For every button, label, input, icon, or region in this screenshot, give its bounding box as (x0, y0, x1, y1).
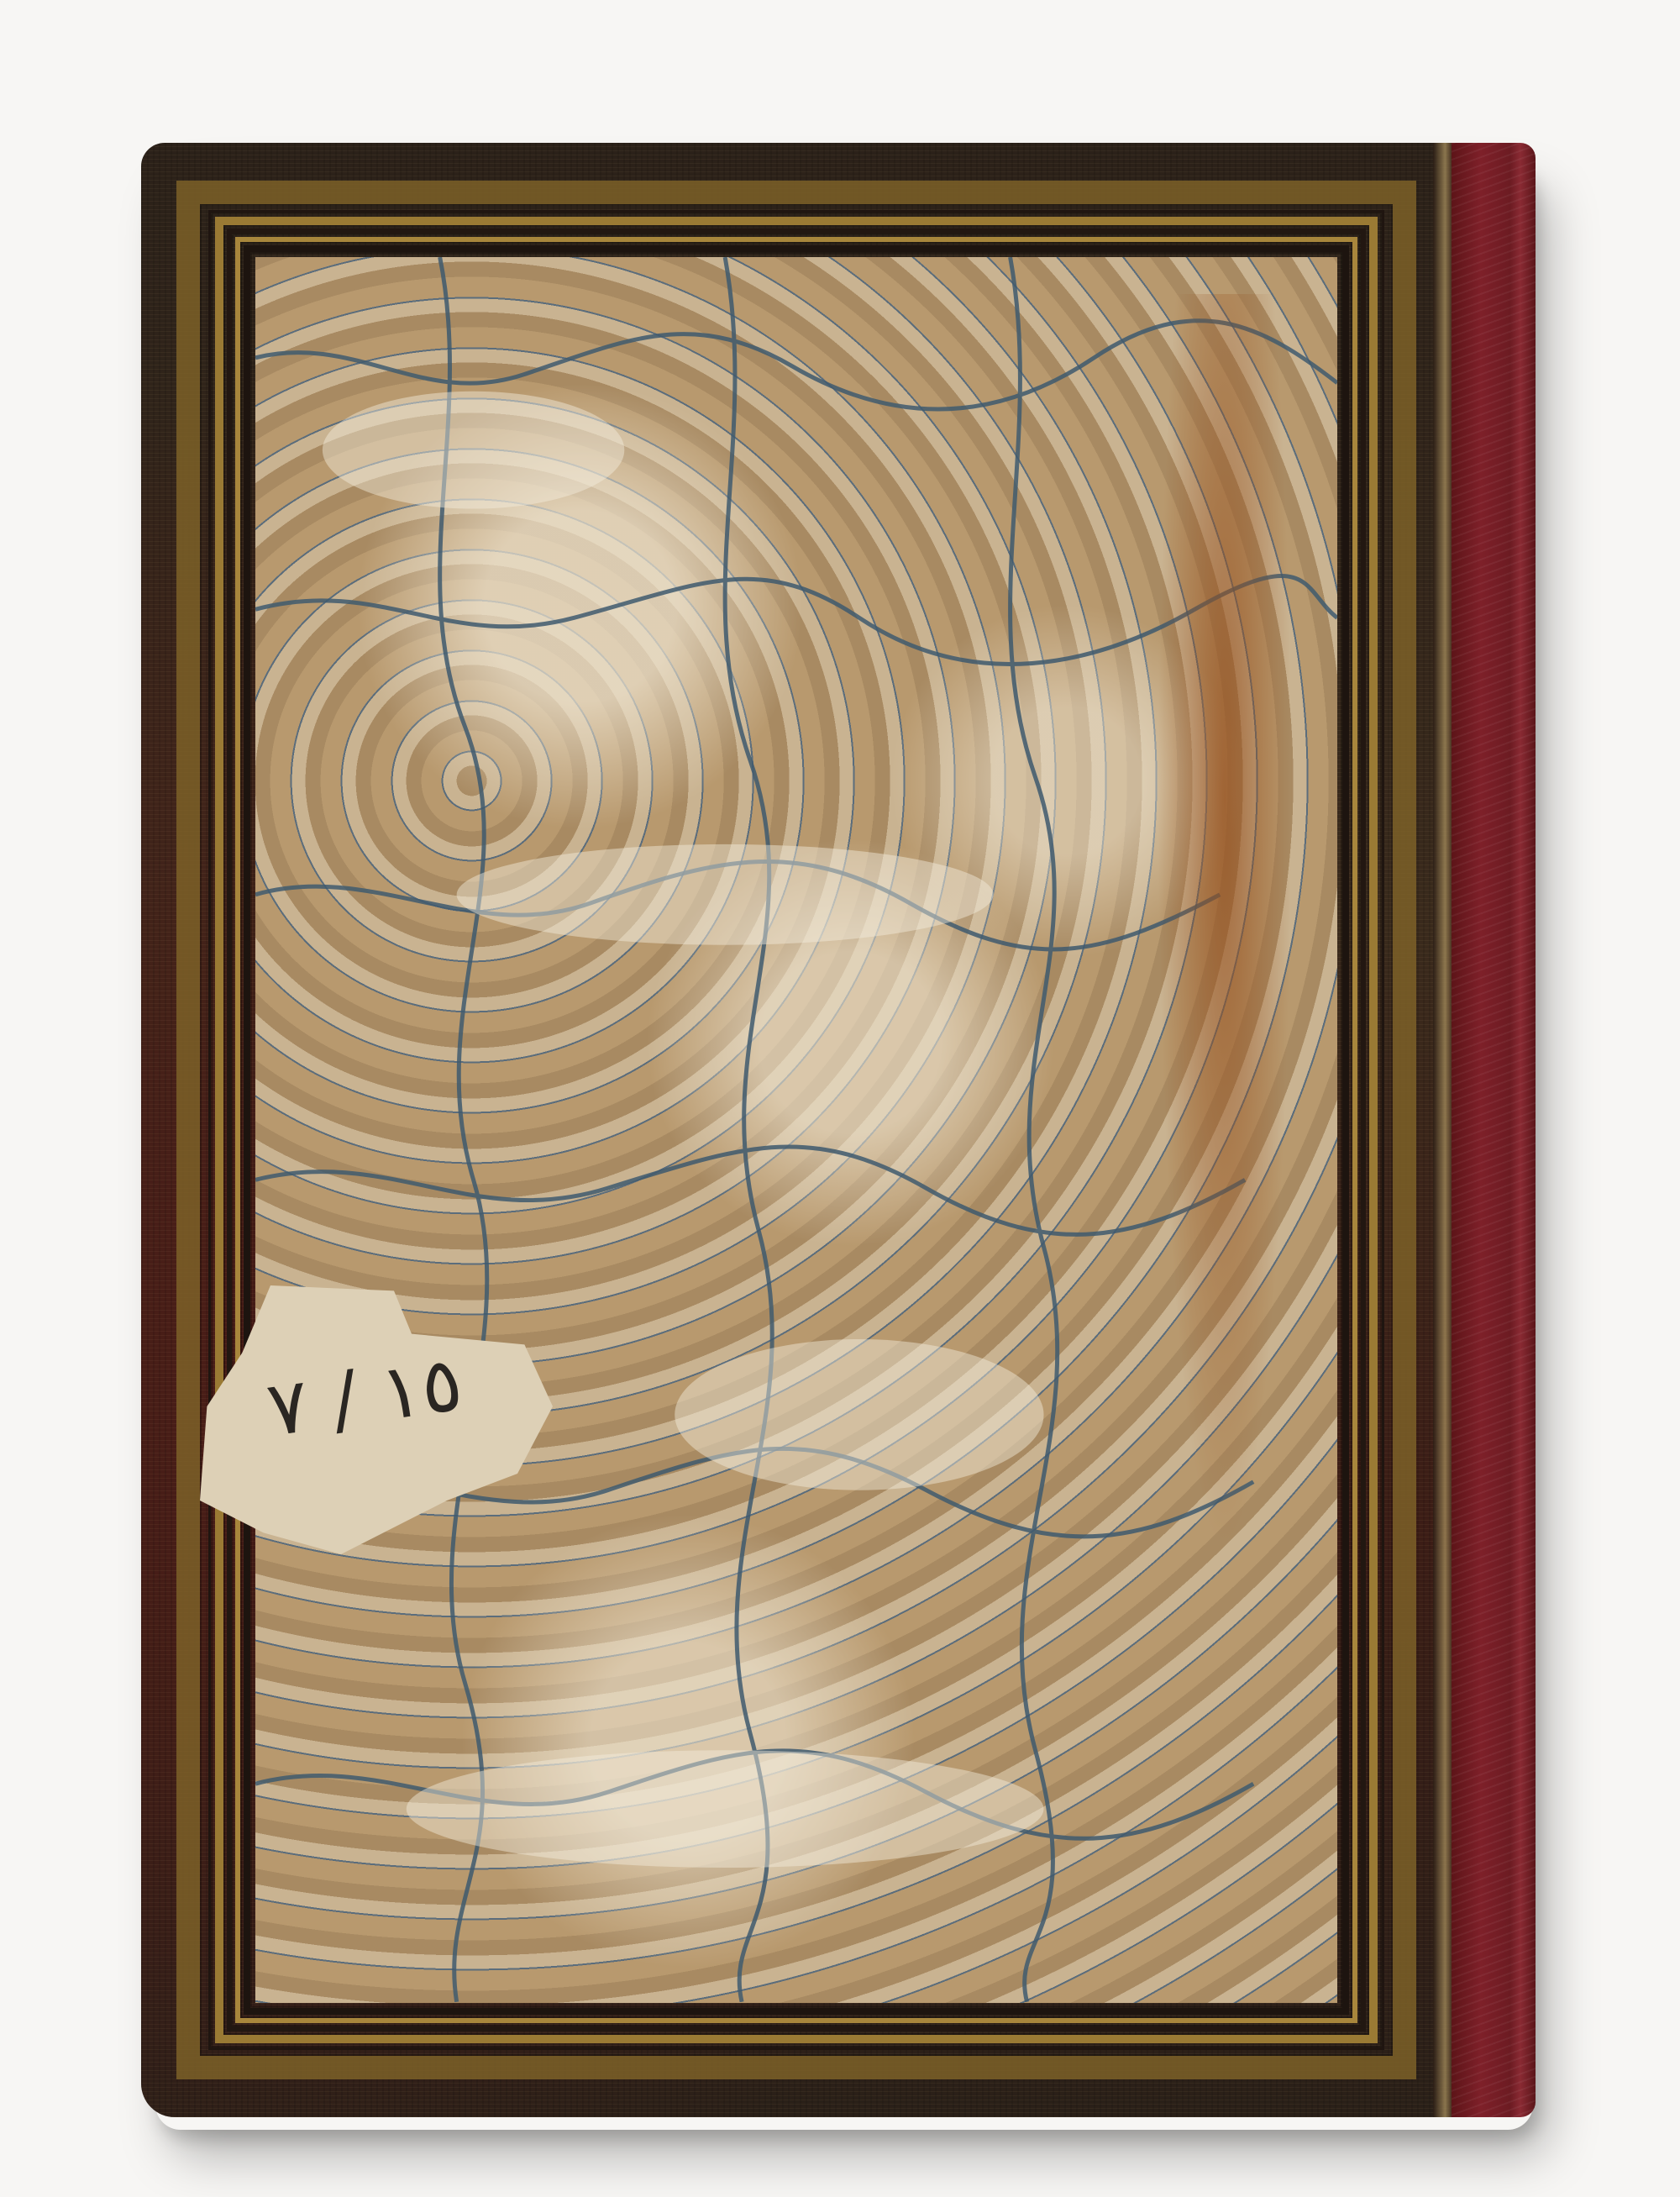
book-cover: ١٥ / ٧ (141, 143, 1536, 2117)
water-stain (1158, 294, 1292, 1554)
red-leather-spine (1452, 143, 1536, 2117)
spine-edge (1433, 143, 1453, 2117)
leather-cover: ١٥ / ٧ (141, 143, 1452, 2117)
